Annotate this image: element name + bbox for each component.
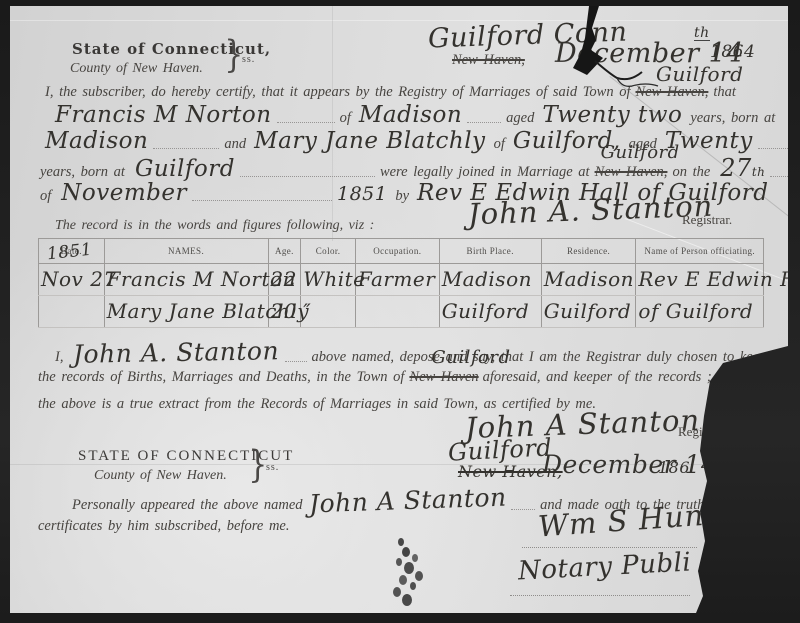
paper-sheet: State of Connecticut, County of New Have… bbox=[10, 6, 788, 613]
scanned-document: State of Connecticut, County of New Have… bbox=[0, 0, 800, 623]
paper-crack bbox=[10, 6, 788, 613]
